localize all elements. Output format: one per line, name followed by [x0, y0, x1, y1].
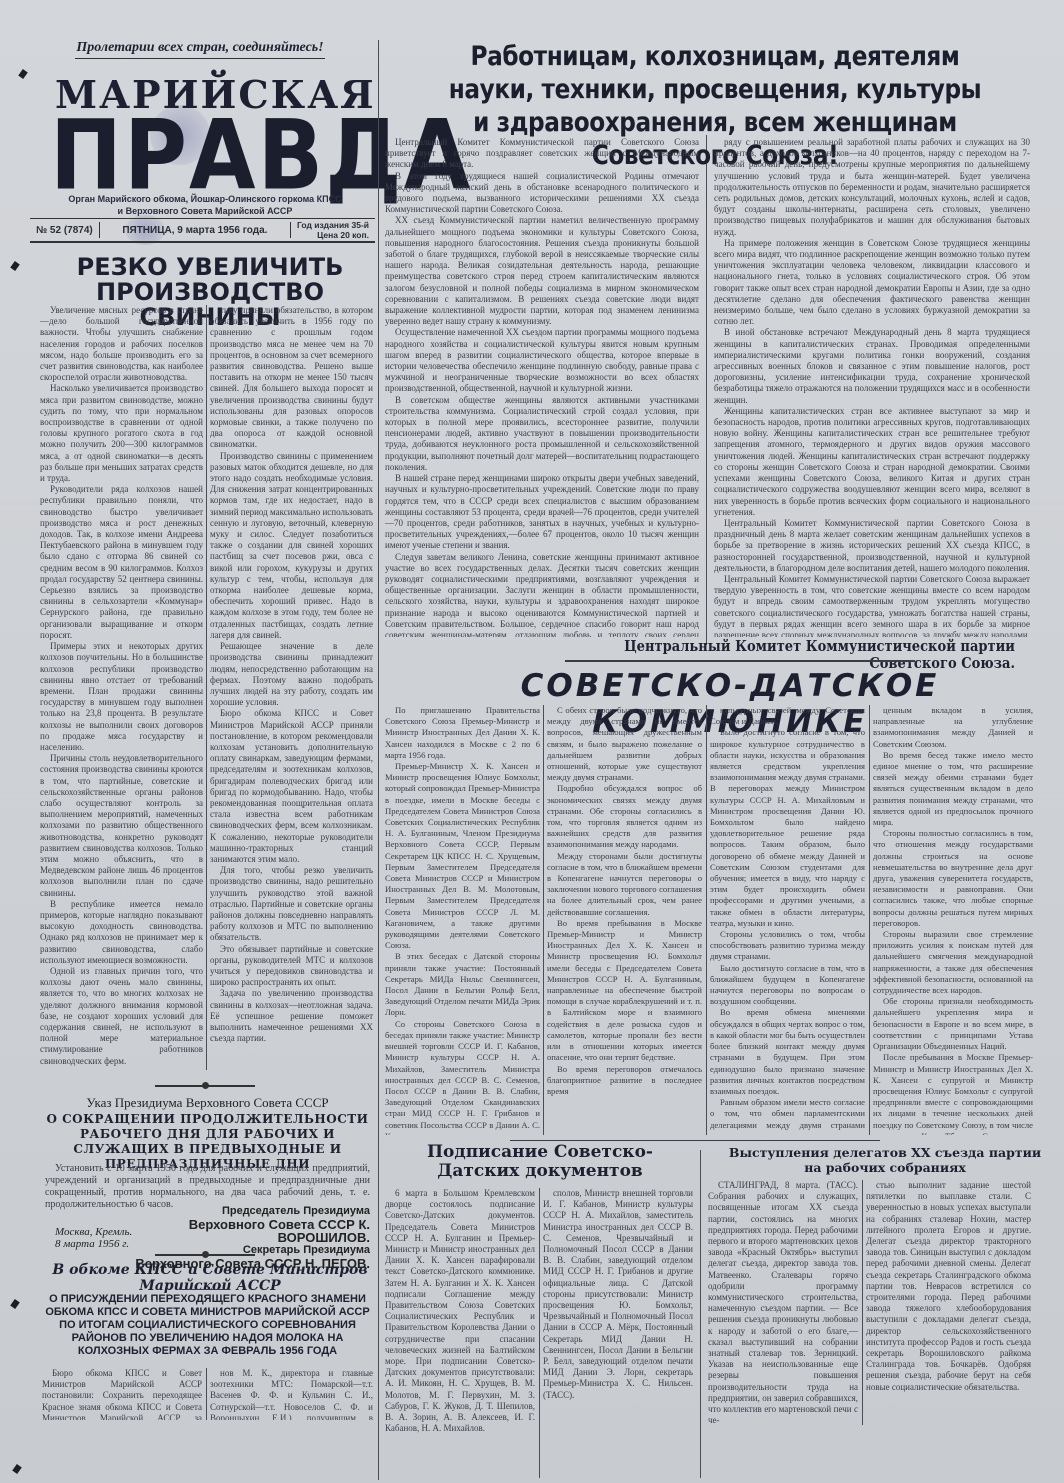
decree-kicker: Указ Президиума Верховного Совета СССР	[40, 1095, 375, 1111]
paragraph: С обеих сторон было подчеркнуто, что меж…	[547, 705, 702, 783]
paragraph: Следуя заветам великого Ленина, советски…	[385, 552, 699, 637]
appeal-column-2: ряду с повышением реальной заработной пл…	[714, 137, 1030, 637]
paragraph: культурных связей между Советским Союзом…	[710, 705, 865, 727]
paragraph: Было достигнуто согласие в том, что в бл…	[710, 963, 865, 1008]
paragraph: Женщины капиталистических стран все акти…	[714, 406, 1030, 518]
paragraph: Центральный Комитет Коммунистической пар…	[714, 518, 1030, 574]
paragraph: В республике имеется немало примеров, ко…	[40, 899, 203, 966]
organ-line-2: и Верховного Совета Марийской АССР	[60, 205, 350, 217]
paragraph: Подробно обсуждался вопрос об экономичес…	[547, 783, 702, 850]
paragraph: Увеличение мясных ресурсов в стране—дело…	[40, 305, 203, 383]
signing-headline: Подписание Советско-Датских документов	[405, 1143, 675, 1181]
page-tear-mark	[10, 261, 20, 271]
paragraph: В советском обществе женщины являются ак…	[385, 395, 699, 473]
column-rule	[862, 1180, 863, 1425]
paragraph: XX съезд Коммунистической партии наметил…	[385, 215, 699, 327]
paragraph: В этих беседах с Датской стороны приняли…	[385, 951, 540, 1018]
organ-line-1: Орган Марийского обкома, Йошкар-Олинског…	[60, 193, 350, 205]
masthead-motto: Пролетарии всех стран, соединяйтесь!	[75, 40, 325, 59]
paragraph: Решающее значение в деле производства св…	[210, 641, 373, 708]
paragraph: Со стороны Советского Союза в беседах пр…	[385, 1019, 540, 1135]
paragraph: Одной из главных причин того, что колхоз…	[40, 966, 203, 1067]
issue-bar: № 52 (7874) ПЯТНИЦА, 9 марта 1956 года. …	[30, 218, 375, 243]
paragraph: 6 марта в Большом Кремлевском дворце сос…	[385, 1188, 535, 1434]
paragraph: В этом году трудящиеся нашей социалистич…	[385, 171, 699, 216]
paragraph: тику приняли обязательство, в котором об…	[210, 305, 373, 451]
paragraph: Во время переговоров отмечалось благопри…	[547, 1064, 702, 1098]
appeal-signature: Центральный Комитет Коммунистической пар…	[583, 638, 1015, 672]
paragraph: Насколько увеличивается производство мяс…	[40, 383, 203, 484]
paragraph: После пребывания в Москве Премьер-Минист…	[873, 1052, 1033, 1135]
ornament-divider	[155, 1085, 255, 1087]
issue-number: № 52 (7874)	[30, 225, 99, 236]
paragraph: На примере положения женщин в Советском …	[714, 238, 1030, 328]
column-rule	[706, 705, 707, 1135]
paragraph: Стороны условились о том, чтобы способст…	[710, 929, 865, 963]
divider	[565, 660, 915, 662]
delegates-headline: Выступления делегатов XX съезда партии н…	[720, 1145, 1050, 1175]
delegates-column-1: СТАЛИНГРАД, 8 марта. (ТАСС). Собрания ра…	[708, 1180, 858, 1425]
paragraph: Руководители ряда колхозов нашей республ…	[40, 484, 203, 641]
column-rule	[539, 1188, 540, 1478]
masthead-title-main: ПРАВДА	[50, 108, 350, 204]
column-rule	[206, 1368, 207, 1420]
column-rule	[706, 135, 707, 645]
year-of-publication: Год издания 35-й	[297, 220, 369, 230]
paragraph: В иной обстановке встречают Международны…	[714, 327, 1030, 405]
paragraph: Задача по увеличению производства свинин…	[210, 988, 373, 1044]
page-tear-mark	[10, 1299, 20, 1309]
decree-date: 8 марта 1956 г.	[55, 1238, 132, 1250]
column-rule	[869, 705, 870, 1135]
paragraph: По приглашению Правительства Советского …	[385, 705, 540, 761]
paragraph: Стороны полностью согласились в том, что…	[873, 828, 1033, 929]
pork-column-1: Увеличение мясных ресурсов в стране—дело…	[40, 305, 203, 1075]
paragraph: Равным образом имели место согласие о то…	[710, 1097, 865, 1135]
page-tear-mark	[18, 69, 28, 79]
paragraph: Это обязывает партийные и советские орга…	[210, 944, 373, 989]
paragraph: Установить с 10 марта 1956 года для рабо…	[45, 1163, 370, 1211]
divider	[180, 1289, 230, 1290]
paragraph: Между сторонами были достигнуты согласие…	[547, 851, 702, 918]
paragraph: Осуществление намеченной XX съездом парт…	[385, 327, 699, 394]
paragraph: Стороны выразили свое стремление приложи…	[873, 929, 1033, 996]
paragraph: Центральный Комитет Коммунистической пар…	[385, 137, 699, 171]
column-rule	[543, 705, 544, 1135]
price: Цена 20 коп.	[297, 230, 369, 240]
paragraph: Для того, чтобы резко увеличить производ…	[210, 865, 373, 943]
paragraph: Бюро обкома КПСС и Совет Министров Марий…	[42, 1368, 202, 1420]
signing-column-2: сполов, Министр внешней торговли И. Г. К…	[543, 1188, 693, 1478]
chair-name: Верховного Совета СССР К. ВОРОШИЛОВ.	[120, 1218, 370, 1244]
divider	[510, 1140, 880, 1141]
newspaper-page: Пролетарии всех стран, соединяйтесь! МАР…	[0, 0, 1064, 1483]
paragraph: Во время бесед также имело место единое …	[873, 750, 1033, 828]
communique-column-1: По приглашению Правительства Советского …	[385, 705, 540, 1135]
paragraph: ценным вкладом в усилия, направленные на…	[873, 705, 1033, 750]
paragraph: Было достигнуто согласие в том, что широ…	[710, 727, 865, 929]
paragraph: Во время пребывания в Москве Премьер-Мин…	[547, 918, 702, 1064]
paragraph: В нашей стране перед женщинами широко от…	[385, 473, 699, 551]
page-tear-mark	[12, 1464, 22, 1474]
obkom-title: О ПРИСУЖДЕНИИ ПЕРЕХОДЯЩЕГО КРАСНОГО ЗНАМ…	[40, 1293, 375, 1358]
decree-body: Установить с 10 марта 1956 года для рабо…	[45, 1163, 370, 1211]
column-rule	[206, 305, 207, 1070]
paragraph: ряду с повышением реальной заработной пл…	[714, 137, 1030, 238]
paragraph: Примеры этих и некоторых других колхозов…	[40, 641, 203, 753]
masthead-organ: Орган Марийского обкома, Йошкар-Олинског…	[60, 193, 350, 217]
paragraph: Обе стороны признали необходимость дальн…	[873, 996, 1033, 1052]
delegates-column-2: стью выполнит задание шестой пятилетки п…	[866, 1180, 1031, 1425]
paragraph: Во время обмена мнениями обсуждался в об…	[710, 1007, 865, 1097]
column-rule	[700, 1150, 701, 1478]
column-rule	[378, 40, 379, 1480]
paragraph: Бюро обкома КПСС и Совет Министров Марий…	[210, 708, 373, 865]
signing-column-1: 6 марта в Большом Кремлевском дворце сос…	[385, 1188, 535, 1478]
paragraph: сполов, Министр внешней торговли И. Г. К…	[543, 1188, 693, 1401]
paragraph: СТАЛИНГРАД, 8 марта. (ТАСС). Собрания ра…	[708, 1180, 858, 1425]
communique-column-3: культурных связей между Советским Союзом…	[710, 705, 865, 1135]
decree-place: Москва, Кремль.	[55, 1226, 132, 1238]
decree-signatures: Председатель Президиума Верховного Совет…	[120, 1205, 370, 1270]
issue-date: ПЯТНИЦА, 9 марта 1956 года.	[100, 225, 290, 236]
issue-meta: Год издания 35-й Цена 20 коп.	[291, 220, 375, 240]
appeal-column-1: Центральный Комитет Коммунистической пар…	[385, 137, 699, 637]
pork-column-2: тику приняли обязательство, в котором об…	[210, 305, 373, 1075]
decree-place-date: Москва, Кремль. 8 марта 1956 г.	[55, 1226, 132, 1250]
obkom-column-1: Бюро обкома КПСС и Совет Министров Марий…	[42, 1368, 202, 1420]
paragraph: Причины столь неудовлетворительного сост…	[40, 753, 203, 899]
communique-column-2: С обеих сторон было подчеркнуто, что меж…	[547, 705, 702, 1135]
paragraph: нов М. К., директора и главные зоотехник…	[210, 1368, 373, 1420]
paragraph: Премьер-Министр Х. К. Хансен и Министр п…	[385, 761, 540, 951]
paragraph: стью выполнит задание шестой пятилетки п…	[866, 1180, 1031, 1393]
paragraph: Производство свинины с применением разов…	[210, 451, 373, 641]
ornament-divider	[155, 1254, 255, 1256]
communique-column-4: ценным вкладом в усилия, направленные на…	[873, 705, 1033, 1135]
obkom-column-2: нов М. К., директора и главные зоотехник…	[210, 1368, 373, 1420]
paragraph: Центральный Комитет Коммунистической пар…	[714, 574, 1030, 637]
